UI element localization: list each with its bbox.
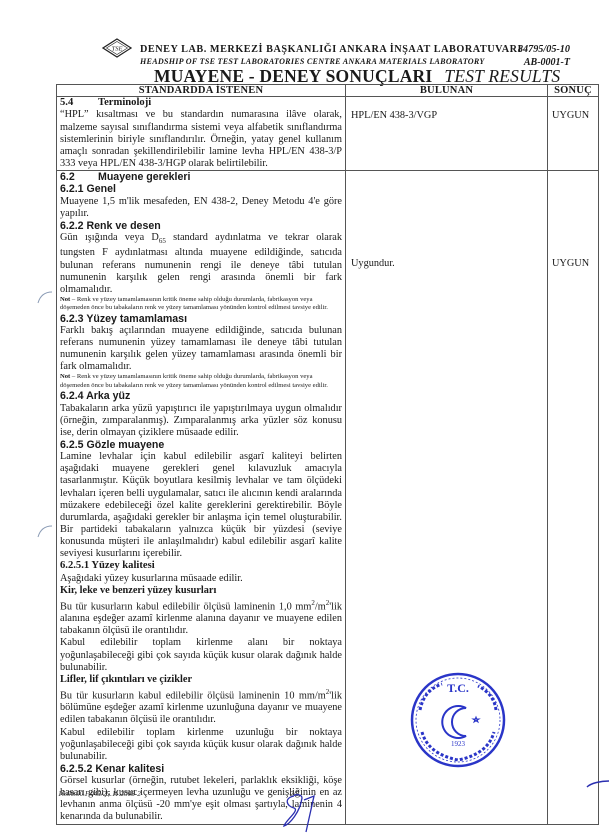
requirement-cell: 5.4Terminoloji “HPL” kısaltması ve bu st… <box>57 97 346 171</box>
handwritten-page-number <box>280 790 320 835</box>
section-heading: 6.2Muayene gerekleri <box>60 171 342 183</box>
subsection-text: Aşağıdaki yüzey kusurlarına müsaade edil… <box>60 573 342 585</box>
subsection-heading: 6.2.2 Renk ve desen <box>60 220 342 232</box>
defect-heading: Lifler, lif çıkıntıları ve çizikler <box>60 674 342 686</box>
column-header-required: STANDARDDA İSTENEN <box>57 85 346 97</box>
subsection-text: Bu tür kusurların kabul edilebilir ölçüs… <box>60 597 342 638</box>
result-cell: UYGUN <box>548 97 599 171</box>
svg-text:T.C.: T.C. <box>447 681 469 695</box>
result-cell: UYGUN <box>548 170 599 824</box>
section-text: “HPL” kısaltması ve bu standardın numara… <box>60 109 342 169</box>
punch-hole-mark <box>34 524 54 538</box>
subsection-heading: 6.2.3 Yüzey tamamlaması <box>60 313 342 325</box>
column-header-result: SONUÇ <box>548 85 599 97</box>
institution-name-en: HEADSHIP OF TSE TEST LABORATORIES CENTRE… <box>140 57 485 66</box>
subsection-text: Muayene 1,5 m'lik mesafeden, EN 438-2, D… <box>60 196 342 220</box>
table-header-row: STANDARDDA İSTENEN BULUNAN SONUÇ <box>57 85 599 97</box>
subsection-heading: 6.2.5 Gözle muayene <box>60 439 342 451</box>
subsection-text: Farklı bakış açılarından muayene edildiğ… <box>60 325 342 373</box>
subsection-heading: 6.2.5.1 Yüzey kalitesi <box>60 560 342 572</box>
note-text: Not – Renk ve yüzey tamamlamasının kriti… <box>60 296 342 313</box>
svg-text:TSE: TSE <box>112 46 123 53</box>
official-stamp-icon: T.C. 1923 <box>408 670 508 770</box>
result-value: UYGUN <box>552 97 594 121</box>
subsection-heading: 6.2.1 Genel <box>60 183 342 195</box>
result-value: UYGUN <box>552 171 594 269</box>
document-page: TSE DENEY LAB. MERKEZİ BAŞKANLIĞI ANKARA… <box>0 0 610 840</box>
pen-mark <box>585 779 610 789</box>
punch-hole-mark <box>34 290 54 304</box>
column-header-found: BULUNAN <box>346 85 548 97</box>
subsection-text: Bu tür kusurların kabul edilebilir ölçüs… <box>60 686 342 727</box>
defect-heading: Kir, leke ve benzeri yüzey kusurları <box>60 585 342 597</box>
svg-text:1923: 1923 <box>451 740 466 748</box>
subsection-text: Tabakaların arka yüzü yapıştırıcı ile ya… <box>60 403 342 439</box>
table-row: 5.4Terminoloji “HPL” kısaltması ve bu st… <box>57 97 599 171</box>
report-number: 84795/05-10 <box>518 44 570 55</box>
found-cell: HPL/EN 438-3/VGP <box>346 97 548 171</box>
section-heading: 5.4Terminoloji <box>60 97 342 109</box>
title-en: TEST RESULTS <box>444 66 560 86</box>
subsection-heading: 6.2.5.2 Kenar kalitesi <box>60 763 342 775</box>
institution-name-tr: DENEY LAB. MERKEZİ BAŞKANLIĞI ANKARA İNŞ… <box>140 44 522 55</box>
table-row: 6.2Muayene gerekleri 6.2.1 Genel Muayene… <box>57 170 599 824</box>
results-table: STANDARDDA İSTENEN BULUNAN SONUÇ 5.4Term… <box>56 84 599 825</box>
subsection-text: Kabul edilebilir toplam kirlenme alanı b… <box>60 637 342 673</box>
title-tr: MUAYENE - DENEY SONUÇLARI <box>154 66 432 86</box>
found-value: HPL/EN 438-3/VGP <box>351 97 542 121</box>
subsection-text: Lamine levhalar için kabul edilebilir as… <box>60 451 342 560</box>
subsection-text: Kabul edilebilir toplam kirlenme uzunluğ… <box>60 727 342 763</box>
found-value: Uygundur. <box>351 171 542 269</box>
requirement-cell: 6.2Muayene gerekleri 6.2.1 Genel Muayene… <box>57 170 346 824</box>
tse-logo-icon: TSE <box>102 38 132 58</box>
subsection-text: Gün ışığında veya D65 standard aydınlatm… <box>60 232 342 296</box>
form-code: 16.00.00.F.045/25.11.2008-2 <box>58 790 141 798</box>
subsection-heading: 6.2.4 Arka yüz <box>60 390 342 402</box>
note-text: Not – Renk ve yüzey tamamlamasının kriti… <box>60 373 342 390</box>
